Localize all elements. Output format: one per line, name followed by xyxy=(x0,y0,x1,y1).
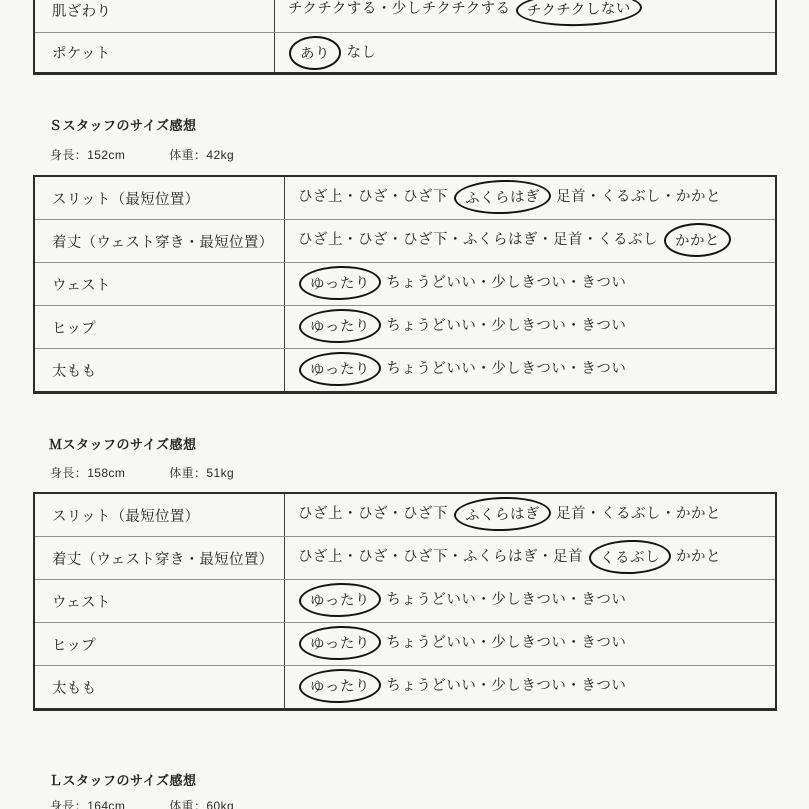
table-row-skin-feel: 肌ざわり チクチクする・少しチクチクする チクチクしない xyxy=(35,0,775,32)
circled-option: ふくらはぎ xyxy=(453,496,551,533)
row-options: ひざ上・ひざ・ひざ下・ふくらはぎ・足首 くるぶし かかと xyxy=(285,537,775,579)
circled-option: かかと xyxy=(663,222,731,258)
section-stats-m: 身長：158cm体重：51kg xyxy=(50,464,234,481)
row-label: 太もも xyxy=(35,666,285,708)
table-row-pocket: ポケット あり なし xyxy=(35,32,775,72)
circled-option: あり xyxy=(289,35,342,70)
row-options: ゆったり ちょうどいい・少しきつい・きつい xyxy=(285,580,775,622)
circled-option-label: ゆったり xyxy=(310,361,370,379)
row-options: チクチクする・少しチクチクする チクチクしない xyxy=(275,0,775,32)
options-text: ちょうどいい・少しきつい・きつい xyxy=(386,361,626,377)
row-options: あり なし xyxy=(275,33,775,72)
circled-option-label: くるぶし xyxy=(599,549,659,567)
row-options: ゆったり ちょうどいい・少しきつい・きつい xyxy=(285,349,775,391)
table-row-hip: ヒップ ゆったり ちょうどいい・少しきつい・きつい xyxy=(35,622,775,665)
row-label: スリット（最短位置） xyxy=(35,177,285,219)
circled-option-label: ゆったり xyxy=(310,275,370,293)
circled-option-label: ゆったり xyxy=(310,678,370,696)
circled-option: ゆったり xyxy=(299,668,382,704)
size-table-s: スリット（最短位置） ひざ上・ひざ・ひざ下 ふくらはぎ 足首・くるぶし・かかと … xyxy=(33,175,777,394)
options-text: ひざ上・ひざ・ひざ下・ふくらはぎ・足首・くるぶし xyxy=(298,232,658,248)
circled-option: ゆったり xyxy=(299,625,382,661)
row-label: 着丈（ウェスト穿き・最短位置） xyxy=(35,220,285,262)
row-options: ひざ上・ひざ・ひざ下 ふくらはぎ 足首・くるぶし・かかと xyxy=(285,177,775,219)
options-text: ちょうどいい・少しきつい・きつい xyxy=(386,635,626,651)
circled-option-label: チクチクしない xyxy=(527,1,631,20)
options-text: なし xyxy=(347,45,377,61)
table-row-thigh: 太もも ゆったり ちょうどいい・少しきつい・きつい xyxy=(35,348,775,391)
table-row-slit: スリット（最短位置） ひざ上・ひざ・ひざ下 ふくらはぎ 足首・くるぶし・かかと xyxy=(35,177,775,219)
options-text: ちょうどいい・少しきつい・きつい xyxy=(386,275,626,291)
section-title-m: Ｍスタッフのサイズ感想 xyxy=(49,434,196,453)
table-row-length: 着丈（ウェスト穿き・最短位置） ひざ上・ひざ・ひざ下・ふくらはぎ・足首 くるぶし… xyxy=(35,536,775,579)
circled-option-label: かかと xyxy=(674,233,719,250)
circled-option: チクチクしない xyxy=(516,0,643,28)
row-label: ヒップ xyxy=(35,623,285,665)
height-value: 身長：152cm xyxy=(50,148,125,162)
feature-table: 肌ざわり チクチクする・少しチクチクする チクチクしない ポケット あり なし xyxy=(33,0,777,75)
row-label: ポケット xyxy=(35,33,275,72)
circled-option: ゆったり xyxy=(299,265,382,301)
options-text: 足首・くるぶし・かかと xyxy=(556,189,721,205)
height-value: 身長：164cm xyxy=(50,799,125,809)
options-text: ちょうどいい・少しきつい・きつい xyxy=(386,318,626,334)
table-row-hip: ヒップ ゆったり ちょうどいい・少しきつい・きつい xyxy=(35,305,775,348)
weight-value: 体重：42kg xyxy=(169,148,234,162)
row-label: 着丈（ウェスト穿き・最短位置） xyxy=(35,537,285,579)
circled-option: くるぶし xyxy=(588,539,671,575)
weight-value: 体重：60kg xyxy=(169,799,234,809)
table-row-length: 着丈（ウェスト穿き・最短位置） ひざ上・ひざ・ひざ下・ふくらはぎ・足首・くるぶし… xyxy=(35,219,775,262)
row-label: ウェスト xyxy=(35,263,285,305)
table-row-waist: ウェスト ゆったり ちょうどいい・少しきつい・きつい xyxy=(35,579,775,622)
row-options: ゆったり ちょうどいい・少しきつい・きつい xyxy=(285,306,775,348)
row-options: ゆったり ちょうどいい・少しきつい・きつい xyxy=(285,666,775,708)
row-label: ウェスト xyxy=(35,580,285,622)
circled-option-label: ゆったり xyxy=(310,318,370,336)
circled-option-label: ふくらはぎ xyxy=(464,189,539,207)
row-label: ヒップ xyxy=(35,306,285,348)
circled-option-label: ふくらはぎ xyxy=(464,506,539,524)
circled-option: ふくらはぎ xyxy=(453,179,551,216)
circled-option: ゆったり xyxy=(299,308,382,344)
row-label: 太もも xyxy=(35,349,285,391)
row-options: ひざ上・ひざ・ひざ下 ふくらはぎ 足首・くるぶし・かかと xyxy=(285,494,775,536)
circled-option-label: あり xyxy=(300,46,330,63)
section-title-l: Ｌスタッフのサイズ感想 xyxy=(49,770,196,789)
options-text: ちょうどいい・少しきつい・きつい xyxy=(386,678,626,694)
size-table-m: スリット（最短位置） ひざ上・ひざ・ひざ下 ふくらはぎ 足首・くるぶし・かかと … xyxy=(33,492,777,711)
options-text: ひざ上・ひざ・ひざ下 xyxy=(298,506,448,522)
row-options: ゆったり ちょうどいい・少しきつい・きつい xyxy=(285,263,775,305)
options-text: チクチクする・少しチクチクする xyxy=(288,1,511,17)
row-label: スリット（最短位置） xyxy=(35,494,285,536)
options-text: ひざ上・ひざ・ひざ下・ふくらはぎ・足首 xyxy=(298,549,583,565)
row-options: ひざ上・ひざ・ひざ下・ふくらはぎ・足首・くるぶし かかと xyxy=(285,220,775,262)
options-text: かかと xyxy=(676,549,721,565)
circled-option: ゆったり xyxy=(299,582,382,618)
options-text: ひざ上・ひざ・ひざ下 xyxy=(298,189,448,205)
table-row-thigh: 太もも ゆったり ちょうどいい・少しきつい・きつい xyxy=(35,665,775,708)
circled-option-label: ゆったり xyxy=(310,592,370,610)
options-text: ちょうどいい・少しきつい・きつい xyxy=(386,592,626,608)
height-value: 身長：158cm xyxy=(50,466,125,480)
weight-value: 体重：51kg xyxy=(169,466,234,480)
section-title-s: Ｓスタッフのサイズ感想 xyxy=(49,115,196,134)
options-text: 足首・くるぶし・かかと xyxy=(556,506,721,522)
table-row-slit: スリット（最短位置） ひざ上・ひざ・ひざ下 ふくらはぎ 足首・くるぶし・かかと xyxy=(35,494,775,536)
row-options: ゆったり ちょうどいい・少しきつい・きつい xyxy=(285,623,775,665)
table-row-waist: ウェスト ゆったり ちょうどいい・少しきつい・きつい xyxy=(35,262,775,305)
circled-option-label: ゆったり xyxy=(310,635,370,653)
section-stats-l: 身長：164cm体重：60kg xyxy=(50,797,234,809)
section-stats-s: 身長：152cm体重：42kg xyxy=(50,146,234,163)
circled-option: ゆったり xyxy=(299,351,382,387)
row-label: 肌ざわり xyxy=(35,0,275,32)
